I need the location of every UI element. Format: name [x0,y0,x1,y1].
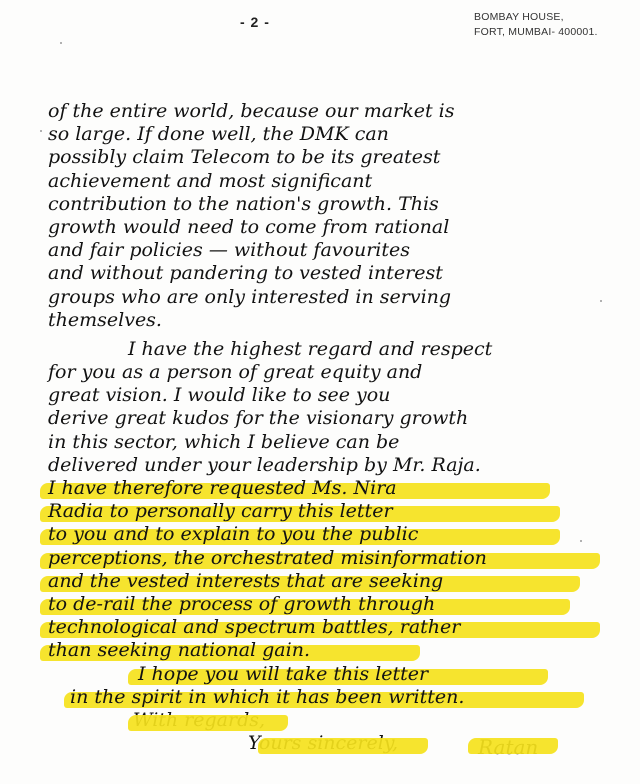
highlighted-line: I have therefore requested Ms. Nira [48,477,608,500]
highlighted-line: I hope you will take this letter [48,663,608,686]
text-line: and without pandering to vested interest [48,262,608,285]
paragraph-2: I have the highest regard and respect fo… [48,338,608,477]
closing-block: With regards, Yours sincerely, Ratan [48,709,608,762]
text-line: great vision. I would like to see you [48,384,608,407]
paper-speck [40,130,42,132]
highlighted-line: and the vested interests that are seekin… [48,570,608,593]
highlight-mark [128,715,288,731]
text-line: derive great kudos for the visionary gro… [48,407,608,430]
paper-speck [60,42,62,44]
paragraph-4-highlighted: I hope you will take this letter in the … [48,663,608,709]
letterhead-line-1: BOMBAY HOUSE, [474,10,598,25]
text-line: for you as a person of great equity and [48,361,608,384]
closing-salutation-line: With regards, [48,709,608,732]
paragraph-1: of the entire world, because our market … [48,100,608,332]
letter-page: - 2 - BOMBAY HOUSE, FORT, MUMBAI- 400001… [0,0,640,784]
text-line: I have the highest regard and respect [48,338,608,361]
text-line: delivered under your leadership by Mr. R… [48,454,608,477]
letterhead-address: BOMBAY HOUSE, FORT, MUMBAI- 400001. [474,10,598,40]
highlighted-line: than seeking national gain. [48,639,608,662]
signoff-line: Yours sincerely, Ratan [48,732,608,762]
highlighted-line: Radia to personally carry this letter [48,500,608,523]
highlighted-line: technological and spectrum battles, rath… [48,616,608,639]
highlight-mark [468,738,558,754]
text-line: and fair policies — without favourites [48,239,608,262]
text-line: in this sector, which I believe can be [48,431,608,454]
text-line: so large. If done well, the DMK can [48,123,608,146]
text-line: possibly claim Telecom to be its greates… [48,146,608,169]
highlighted-line: to de-rail the process of growth through [48,593,608,616]
letterhead-line-2: FORT, MUMBAI- 400001. [474,25,598,40]
highlighted-line: in the spirit in which it has been writt… [48,686,608,709]
page-number: - 2 - [240,14,270,30]
letter-body: of the entire world, because our market … [48,100,608,762]
highlight-mark [258,738,428,754]
text-line: groups who are only interested in servin… [48,286,608,309]
highlighted-line: perceptions, the orchestrated misinforma… [48,547,608,570]
highlighted-line: to you and to explain to you the public [48,523,608,546]
text-line: achievement and most significant [48,170,608,193]
text-line: growth would need to come from rational [48,216,608,239]
paragraph-3-highlighted: I have therefore requested Ms. Nira Radi… [48,477,608,663]
text-line: themselves. [48,309,608,332]
text-line: contribution to the nation's growth. Thi… [48,193,608,216]
text-line: of the entire world, because our market … [48,100,608,123]
